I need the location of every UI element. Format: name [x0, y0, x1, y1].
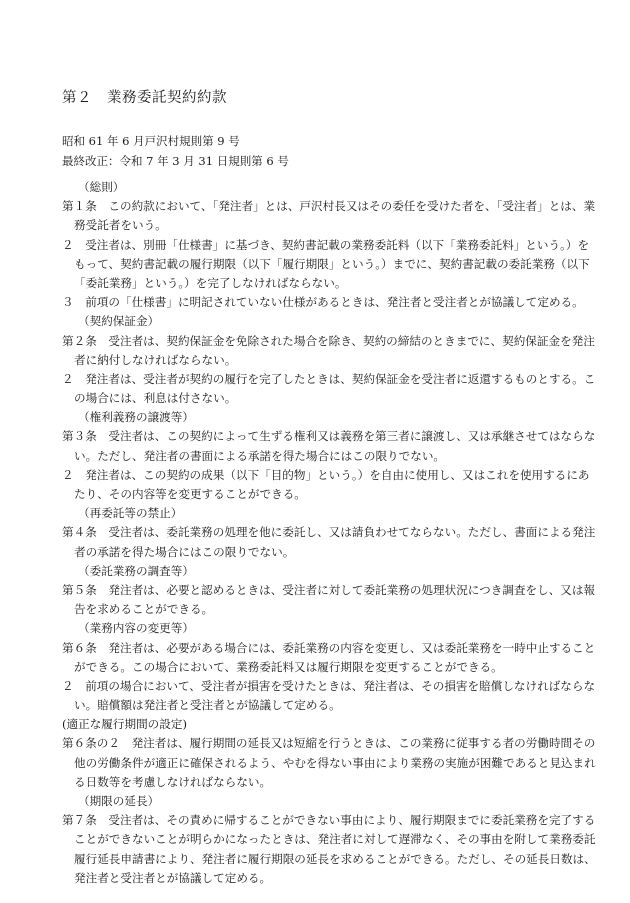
article-line: 第４条 受注者は、委託業務の処理を他に委託し、又は請負わせてならない。ただし、書… [62, 523, 602, 542]
article-line-continued: 発注者と受注者とが協議して定める。 [62, 869, 602, 888]
paragraph-line: ２ 発注者は、受注者が契約の履行を完了したときは、契約保証金を受注者に返還するも… [62, 370, 602, 389]
paragraph-line: ２ 受注者は、別冊「仕様書」に基づき、契約書記載の業務委託料（以下「業務委託料」… [62, 236, 602, 255]
article-heading: （総則） [62, 178, 602, 197]
paragraph-line: ２ 前項の場合において、受注者が損害を受けたときは、発注者は、その損害を賠償しな… [62, 677, 602, 696]
document-body: （総則） 第１条 この約款において、「発注者」とは、戸沢村長又はその委任を受けた… [62, 178, 602, 888]
article-heading: （再委託等の禁止） [62, 504, 602, 523]
article-line: 第６条 発注者は、必要がある場合には、委託業務の内容を変更し、又は委託業務を一時… [62, 639, 602, 658]
article-line: 第３条 受注者は、この契約によって生ずる権利又は義務を第三者に譲渡し、又は承継さ… [62, 427, 602, 446]
article-line-continued: い。ただし、発注者の書面による承諾を得た場合にはこの限りでない。 [62, 447, 602, 466]
article-heading: （業務内容の変更等） [62, 619, 602, 638]
article-line: 第２条 受注者は、契約保証金を免除された場合を除き、契約の締結のときまでに、契約… [62, 332, 602, 351]
document-title: 第２ 業務委託契約約款 [62, 86, 227, 107]
article-heading: （期限の延長） [62, 792, 602, 811]
paragraph-line-continued: 「委託業務」という。）を完了しなければならない。 [62, 274, 602, 293]
article-line: 第１条 この約款において、「発注者」とは、戸沢村長又はその委任を受けた者を、「受… [62, 197, 602, 216]
article-line-continued: 者の承諾を得た場合にはこの限りでない。 [62, 543, 602, 562]
article-line-continued: 履行延長申請書により、発注者に履行期限の延長を求めることができる。ただし、その延… [62, 850, 602, 869]
article-heading: （権利義務の譲渡等） [62, 408, 602, 427]
enactment-note: 昭和 61 年 6 月戸沢村規則第 9 号 [62, 133, 240, 149]
paragraph-line-continued: たり、その内容等を変更することができる。 [62, 485, 602, 504]
paragraph-line: ３ 前項の「仕様書」に明記されていない仕様があるときは、発注者と受注者とが協議し… [62, 293, 602, 312]
article-line-continued: 他の労働条件が適正に確保されるよう、やむを得ない事由により業務の実施が困難である… [62, 754, 602, 773]
article-heading: （委託業務の調査等） [62, 562, 602, 581]
paragraph-line-continued: の場合には、利息は付さない。 [62, 389, 602, 408]
last-amendment-note: 最終改正：令和 7 年 3 月 31 日規則第 6 号 [62, 153, 289, 169]
paragraph-line-continued: もって、契約書記載の履行期限（以下「履行期限」という。）までに、契約書記載の委託… [62, 255, 602, 274]
article-line-continued: ができる。この場合において、業務委託料又は履行期限を変更することができる。 [62, 658, 602, 677]
article-line-continued: 告を求めることができる。 [62, 600, 602, 619]
article-heading: (適正な履行期間の設定) [62, 715, 602, 734]
article-line-continued: 務受託者をいう。 [62, 216, 602, 235]
article-line: 第７条 受注者は、その責めに帰することができない事由により、履行期限までに委託業… [62, 811, 602, 830]
article-line-continued: る日数等を考慮しなければならない。 [62, 773, 602, 792]
paragraph-line: ２ 発注者は、この契約の成果（以下「目的物」という。）を自由に使用し、又はこれを… [62, 466, 602, 485]
paragraph-line-continued: い。賠償額は発注者と受注者とが協議して定める。 [62, 696, 602, 715]
article-line: 第６条の２ 発注者は、履行期間の延長又は短縮を行うときは、この業務に従事する者の… [62, 734, 602, 753]
article-line: 第５条 発注者は、必要と認めるときは、受注者に対して委託業務の処理状況につき調査… [62, 581, 602, 600]
article-line-continued: 者に納付しなければならない。 [62, 351, 602, 370]
article-line-continued: ことができないことが明らかになったときは、発注者に対して遅滞なく、その事由を附し… [62, 830, 602, 849]
article-heading: （契約保証金） [62, 312, 602, 331]
